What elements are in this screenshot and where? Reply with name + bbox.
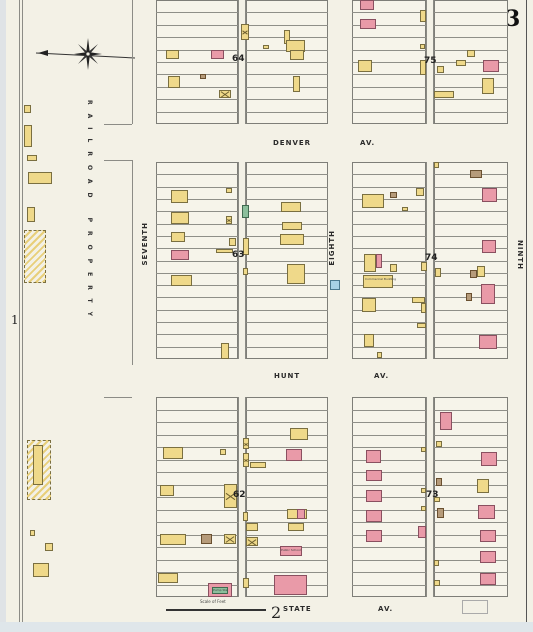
lot-line [246,535,328,536]
lot-line [434,585,508,586]
dwelling [362,194,384,208]
lot-line [156,522,238,523]
lot-line [156,62,238,63]
dwelling [171,275,192,286]
lot-line [352,211,426,212]
dwelling [160,485,174,496]
lot-line [246,87,328,88]
lot-line [246,522,328,523]
scale-bar [166,609,266,611]
lot-line [156,322,238,323]
lot-line [434,211,508,212]
outbuilding [200,74,206,79]
lot-line [156,261,238,262]
lot-line [246,99,328,100]
shed [250,462,266,468]
brick-dwelling [366,490,382,502]
lot-line [352,485,426,486]
lot-line [246,248,328,249]
lot-line [156,310,238,311]
lot-line [246,422,328,423]
shed [421,447,426,452]
left-border-line [19,0,20,622]
lot-line [352,224,426,225]
lot-line [434,37,508,38]
lot-line [246,334,328,335]
street-suffix-hunt: AV. [374,372,389,380]
dwelling [282,222,302,230]
shed [435,268,441,277]
lot-line [352,572,426,573]
shed [263,45,269,49]
block-number-64: 64 [232,54,245,64]
commercial-label: Commercial Building [365,277,396,281]
lot-line [246,187,328,188]
railroad-yard [24,230,46,283]
shed [229,238,236,246]
lot-line [352,472,426,473]
lot-line [156,285,238,286]
brick-dwelling [366,450,381,463]
outbuilding [390,192,397,198]
lot-line [434,410,508,411]
lot-line [156,334,238,335]
shed [416,188,424,196]
brick-dwelling [366,510,382,522]
lot-line [352,248,426,249]
dwelling [166,50,179,59]
stable [219,90,231,98]
lot-line [352,273,426,274]
adjoining-sheet-2: 2 [271,603,281,622]
stable [224,534,236,544]
dwelling [482,78,494,94]
lot-line [434,485,508,486]
lot-line [434,74,508,75]
alley [238,162,246,359]
brick-dwelling [480,551,496,563]
dwelling [477,266,485,277]
lot-line [434,522,508,523]
brick-dwelling [481,284,495,304]
railroad-building [28,172,52,184]
shed [243,578,249,588]
compass-rose-icon [30,28,140,78]
lot-line [156,112,238,113]
shed [417,323,426,328]
shed [434,162,439,168]
street-suffix-state: AV. [378,605,393,613]
shed [243,512,248,521]
brick-addition [297,509,305,519]
shed [402,207,408,211]
lot-line [434,560,508,561]
dwelling [287,264,305,284]
lot-line [434,285,508,286]
lot-line [156,25,238,26]
lot-line [156,435,238,436]
right-border-line [526,0,527,622]
lot-line [156,410,238,411]
brick-dwelling [480,530,496,542]
brick-dwelling [360,19,376,29]
lot-line [434,322,508,323]
lot-line [246,435,328,436]
street-label-state: STATE [283,605,312,613]
outbuilding [470,270,477,278]
lot-line [434,497,508,498]
street-label-hunt: HUNT [274,372,300,380]
lot-line [246,297,328,298]
left-border-line-inner [22,0,23,622]
dwelling [281,202,301,212]
dwelling [456,60,466,66]
brick-dwelling [481,452,497,466]
block-number-74: 74 [425,253,438,263]
brick-addition [418,526,426,538]
shed [390,264,397,272]
lot-line [434,472,508,473]
lot-line [246,74,328,75]
block-number-73: 73 [426,490,439,500]
dwelling [160,534,186,545]
lot-line [352,410,426,411]
dwelling [171,190,188,203]
lot-line [352,585,426,586]
lot-line [156,273,238,274]
lot-line [434,112,508,113]
lot-line [352,435,426,436]
dwelling [364,254,376,272]
shed [436,441,442,447]
lot-line [246,485,328,486]
railroad-building [27,155,37,161]
shed [421,506,426,511]
lot-line [156,211,238,212]
shed [420,10,426,22]
dwelling [293,76,300,92]
lot-line [352,236,426,237]
shed [421,262,427,271]
railroad-building [24,125,32,147]
lot-line [352,447,426,448]
stable [243,438,249,449]
property-line [132,0,133,124]
lot-line [246,347,328,348]
lot-line [352,547,426,548]
lot-line [156,174,238,175]
lot-line [434,535,508,536]
brick-dwelling [171,250,189,260]
lot-line [434,12,508,13]
stable [241,24,249,40]
brick-dwelling [480,573,496,585]
dwelling [168,76,180,88]
scale-label: Scale of Feet [200,599,226,604]
brick-dwelling [440,412,452,430]
lot-line [156,12,238,13]
lot-line [352,12,426,13]
lot-line [246,310,328,311]
dwelling [158,573,178,583]
lot-line [246,199,328,200]
lot-line [352,37,426,38]
lot-line [156,199,238,200]
dwelling [221,343,229,359]
freight-depot [33,445,43,485]
property-line [104,124,132,125]
outbuilding [201,534,212,544]
lot-line [434,99,508,100]
property-line [104,160,132,161]
dwelling [171,212,189,224]
stable [243,453,249,467]
lot-line [352,50,426,51]
lot-line [352,347,426,348]
stable [226,216,232,224]
lot-line [156,236,238,237]
dwelling [288,523,304,531]
lot-line [352,535,426,536]
lot-line [156,547,238,548]
street-label-denver: DENVER [273,139,311,147]
pump-station-label: Pump Sta. [213,588,228,592]
shed [246,523,258,531]
archive-stamp [462,600,488,614]
lot-line [156,422,238,423]
street-suffix-denver: AV. [360,139,375,147]
brick-dwelling [483,60,499,72]
shed [216,249,233,253]
block-number-62: 62 [233,490,246,500]
street-label-ninth: NINTH [516,240,524,270]
lot-line [156,224,238,225]
scan-margin [0,622,533,632]
railroad-building [45,543,53,551]
lot-line [156,472,238,473]
railroad-building [24,105,31,113]
lot-line [246,285,328,286]
brick-commercial [274,575,307,595]
dwelling [467,50,475,57]
lot-line [434,236,508,237]
lot-line [246,12,328,13]
lot-line [352,74,426,75]
brick-dwelling [478,505,495,519]
lot-line [352,560,426,561]
adjoining-sheet-1: 1 [11,313,19,327]
railroad-building [33,563,49,577]
outbuilding [470,170,482,178]
dwelling [290,428,308,440]
shed [220,449,226,455]
lot-line [434,447,508,448]
lot-line [434,261,508,262]
lot-line [352,87,426,88]
railroad-property-label: RAILROAD PROPERTY [86,100,93,580]
block-number-63: 63 [232,250,245,260]
lot-line [352,460,426,461]
lot-line [156,460,238,461]
lot-line [434,248,508,249]
lot-line [246,560,328,561]
special-building [242,205,249,218]
lot-line [246,174,328,175]
lot-line [156,99,238,100]
shed [434,580,440,586]
dwelling [434,91,454,98]
lot-line [352,99,426,100]
property-line [104,397,132,398]
lot-line [434,87,508,88]
lot-line [434,510,508,511]
lot-line [434,25,508,26]
dwelling [171,232,185,242]
brick-dwelling [482,188,497,202]
lot-line [246,62,328,63]
lot-line [352,510,426,511]
lot-line [246,572,328,573]
brick-dwelling [211,50,224,59]
lot-line [352,174,426,175]
railroad-building [30,530,35,536]
lot-line [246,447,328,448]
outbuilding [466,293,472,301]
lot-line [156,297,238,298]
shed [420,44,425,49]
dwelling [358,60,372,72]
shed [226,188,232,193]
street-label-eighth: EIGHTH [328,230,336,266]
brick-dwelling [482,240,496,253]
shed [434,560,439,566]
railroad-building [27,207,35,222]
lot-line [434,547,508,548]
block-number-75: 75 [424,56,437,66]
dwelling [364,334,374,347]
lot-line [246,25,328,26]
lot-line [246,410,328,411]
lot-line [246,472,328,473]
lot-line [352,522,426,523]
dwelling [163,447,183,459]
lot-line [434,224,508,225]
brick-dwelling [479,335,497,349]
lot-line [156,74,238,75]
stone-structure [330,280,340,290]
brick-dwelling [366,530,382,542]
brick-dwelling [286,449,302,461]
brick-addition [376,254,382,268]
seventh-street-west-line [132,160,133,365]
outbuilding [436,478,442,486]
brick-dwelling [360,0,374,10]
sanborn-map-sheet: OCT. 1904 ALAMOSA COLO. 3 [0,0,533,632]
lot-line [352,422,426,423]
lot-line [156,560,238,561]
public-school-label: Public School [281,548,301,552]
dwelling [290,50,304,60]
lot-line [352,187,426,188]
lot-line [246,261,328,262]
dwelling [362,298,376,312]
lot-line [246,112,328,113]
lot-line [246,322,328,323]
lot-line [352,112,426,113]
stable [246,537,258,546]
dwelling [437,66,444,73]
shed [421,303,426,313]
outbuilding [437,508,444,518]
lot-line [434,435,508,436]
lot-line [156,510,238,511]
shed [243,268,248,275]
brick-dwelling [366,470,382,481]
lot-line [434,572,508,573]
shed [377,352,382,358]
lot-line [352,497,426,498]
street-label-seventh: SEVENTH [141,222,149,266]
lot-line [156,37,238,38]
lot-line [352,322,426,323]
dwelling [280,234,304,245]
lot-line [246,497,328,498]
dwelling [477,479,489,493]
lot-line [434,310,508,311]
